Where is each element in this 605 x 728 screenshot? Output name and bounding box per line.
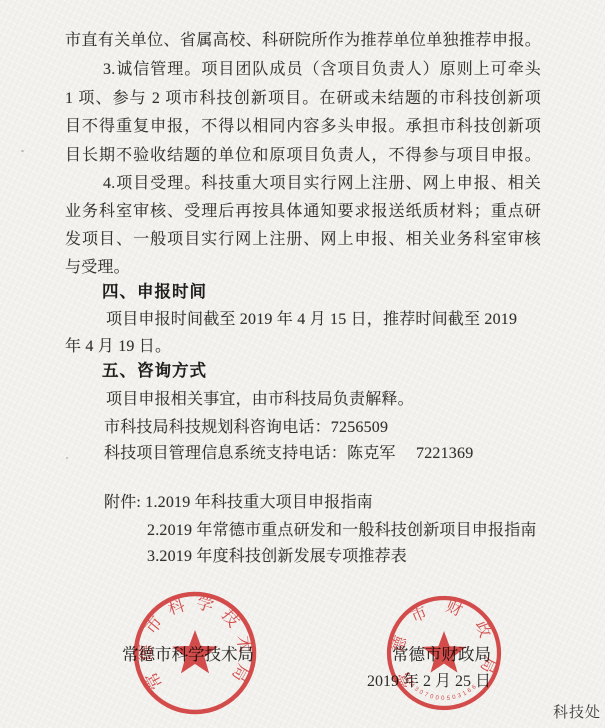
doc-line: 市直有关单位、省属高校、科研院所作为推荐单位单独推荐申报。: [65, 26, 541, 55]
doc-line: 3.诚信管理。项目团队成员（含项目负责人）原则上可牵头: [103, 55, 541, 84]
doc-line: 四、申报时间: [102, 278, 207, 307]
star-icon: [422, 631, 466, 673]
doc-line: 市科技局科技规划科咨询电话：7256509: [104, 413, 388, 442]
seal-graphic: 常德市财政局 4307000503166: [384, 593, 504, 713]
scan-speck: [21, 150, 24, 152]
doc-line: 3.2019 年度科技创新发展专项推荐表: [147, 542, 407, 571]
doc-line: 科技项目管理信息系统支持电话：陈克军 7221369: [104, 439, 473, 468]
doc-line: 1 项、参与 2 项市科技创新项目。在研或未结题的市科技创新项: [65, 84, 541, 113]
seal-graphic: 常德市科学技术局: [130, 588, 260, 718]
doc-line: 目不得重复申报，不得以相同内容多头申报。承担市科技创新项: [65, 112, 541, 141]
doc-line: 目长期不验收结题的单位和原项目负责人，不得参与项目申报。: [65, 141, 541, 170]
scan-speck: [66, 457, 68, 459]
seal-science-technology-bureau: 常德市科学技术局: [130, 588, 260, 718]
document-page: 市直有关单位、省属高校、科研院所作为推荐单位单独推荐申报。3.诚信管理。项目团队…: [0, 0, 605, 728]
star-icon: [172, 630, 218, 673]
doc-line: 业务科室审核、受理后再按具体通知要求报送纸质材料；重点研: [65, 197, 541, 226]
doc-line: 2.2019 年常德市重点研发和一般科技创新项目申报指南: [147, 516, 537, 545]
doc-line: 附件: 1.2019 年科技重大项目申报指南: [104, 488, 373, 517]
doc-line: 项目申报时间截至 2019 年 4 月 15 日，推荐时间截至 2019: [106, 305, 517, 334]
doc-line: 五、咨询方式: [102, 357, 207, 386]
doc-line: 发项目、一般项目实行网上注册、网上申报、相关业务科室审核: [65, 225, 541, 254]
doc-line: 项目申报相关事宜，由市科技局负责解释。: [106, 385, 414, 414]
seal-finance-bureau: 常德市财政局 4307000503166: [384, 593, 504, 713]
seal-serial-text: 4307000503166: [408, 682, 479, 702]
department-label: 科技处: [553, 701, 601, 722]
doc-line: 4.项目受理。科技重大项目实行网上注册、网上申报、相关: [103, 169, 541, 198]
